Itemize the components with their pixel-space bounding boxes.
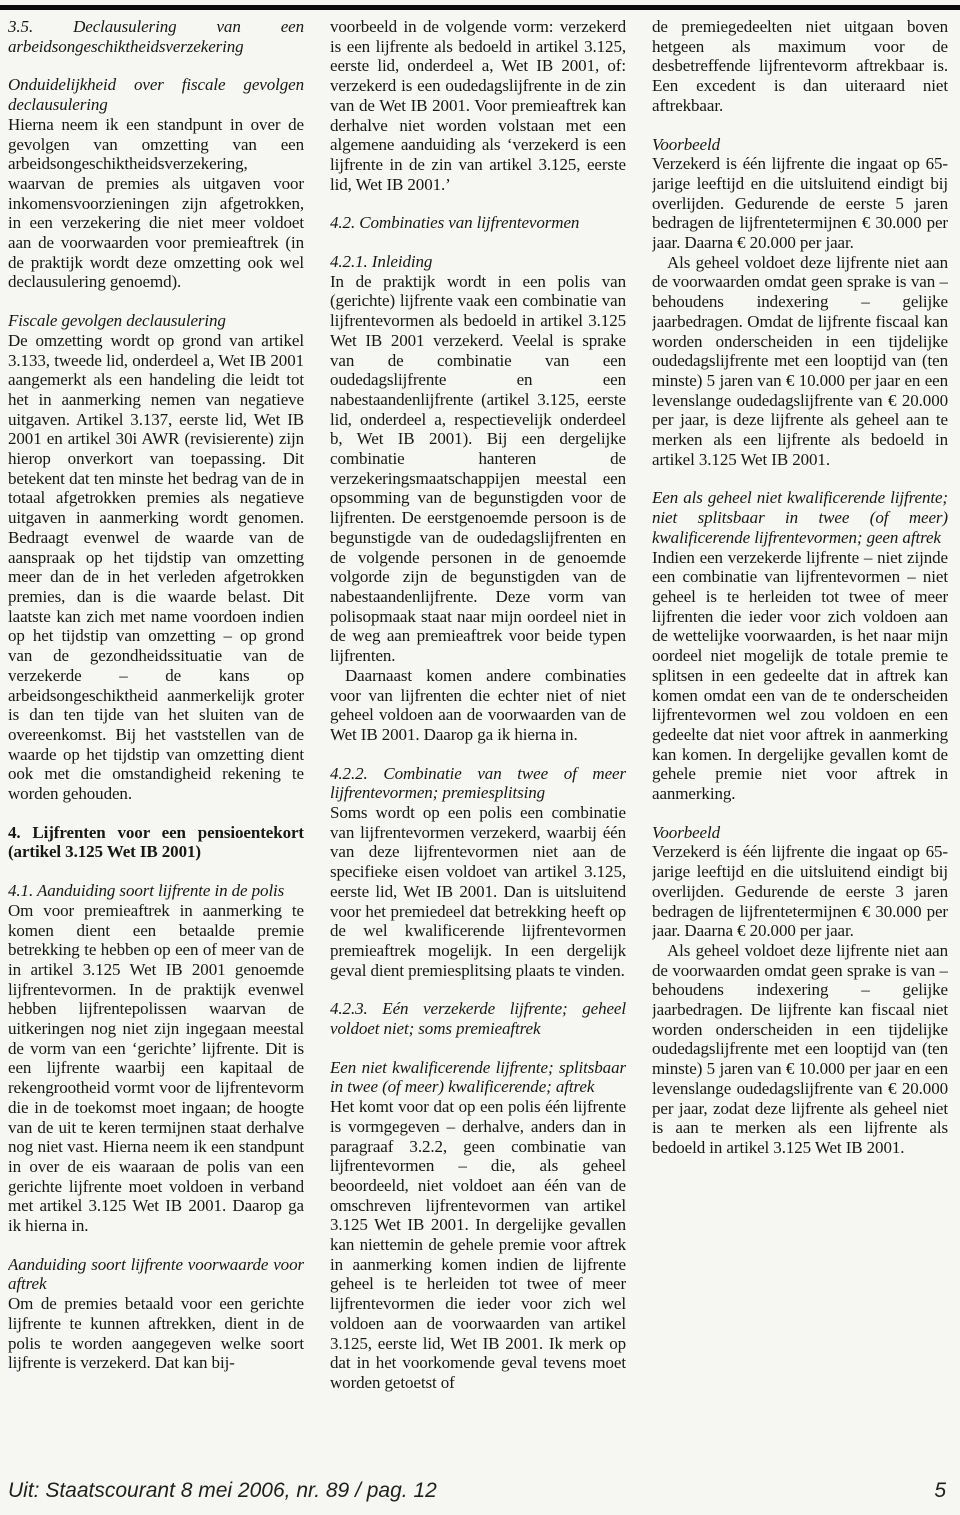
section-heading: 4.2. Combinaties van lijfrentevormen — [330, 213, 626, 233]
paragraph: De omzetting wordt op grond van artikel … — [8, 331, 304, 804]
paragraph: Als geheel voldoet deze lijfrente niet a… — [652, 253, 948, 470]
top-rule — [0, 5, 960, 10]
paragraph: Om de premies betaald voor een gerichte … — [8, 1294, 304, 1373]
page-number: 5 — [934, 1479, 946, 1503]
section-heading: 4.2.3. Eén verzekerde lijfrente; geheel … — [330, 999, 626, 1038]
column-2: voorbeeld in de volgende vorm: verzekerd… — [330, 17, 626, 1465]
paragraph: Daarnaast komen andere combinaties voor … — [330, 666, 626, 745]
paragraph: de premiegedeelten niet uitgaan boven he… — [652, 17, 948, 116]
section-heading: Aanduiding soort lijfrente voorwaarde vo… — [8, 1255, 304, 1294]
paragraph: Indien een verzekerde lijfrente – niet z… — [652, 548, 948, 804]
column-1: 3.5. Declausulering van een arbeidsonges… — [8, 17, 304, 1465]
page-footer: Uit: Staatscourant 8 mei 2006, nr. 89 / … — [8, 1479, 946, 1503]
section-heading: Een als geheel niet kwalificerende lijfr… — [652, 488, 948, 547]
paragraph: Als geheel voldoet deze lijfrente niet a… — [652, 941, 948, 1158]
document-page: 3.5. Declausulering van een arbeidsonges… — [0, 0, 960, 1515]
section-heading: 3.5. Declausulering van een arbeidsonges… — [8, 17, 304, 56]
paragraph: Hierna neem ik een standpunt in over de … — [8, 115, 304, 292]
section-heading: 4.2.1. Inleiding — [330, 252, 626, 272]
paragraph: Het komt voor dat op een polis één lijfr… — [330, 1097, 626, 1393]
section-heading: 4.2.2. Combinatie van twee of meer lijfr… — [330, 764, 626, 803]
column-3: de premiegedeelten niet uitgaan boven he… — [652, 17, 948, 1465]
section-heading: Voorbeeld — [652, 823, 948, 843]
paragraph: Verzekerd is één lijfrente die ingaat op… — [652, 842, 948, 941]
paragraph: voorbeeld in de volgende vorm: verzekerd… — [330, 17, 626, 194]
section-heading: Fiscale gevolgen declausulering — [8, 311, 304, 331]
text-columns: 3.5. Declausulering van een arbeidsonges… — [8, 17, 948, 1465]
paragraph: Verzekerd is één lijfrente die ingaat op… — [652, 154, 948, 253]
source-citation: Uit: Staatscourant 8 mei 2006, nr. 89 / … — [8, 1479, 437, 1503]
paragraph: In de praktijk wordt in een polis van (g… — [330, 272, 626, 666]
section-heading: Onduidelijkheid over fiscale gevolgen de… — [8, 75, 304, 114]
section-heading: Een niet kwalificerende lijfrente; split… — [330, 1058, 626, 1097]
section-heading: 4. Lijfrenten voor een pensioentekort (a… — [8, 823, 304, 862]
section-heading: Voorbeeld — [652, 135, 948, 155]
section-heading: 4.1. Aanduiding soort lijfrente in de po… — [8, 881, 304, 901]
paragraph: Soms wordt op een polis een combinatie v… — [330, 803, 626, 980]
paragraph: Om voor premieaftrek in aanmerking te ko… — [8, 901, 304, 1236]
